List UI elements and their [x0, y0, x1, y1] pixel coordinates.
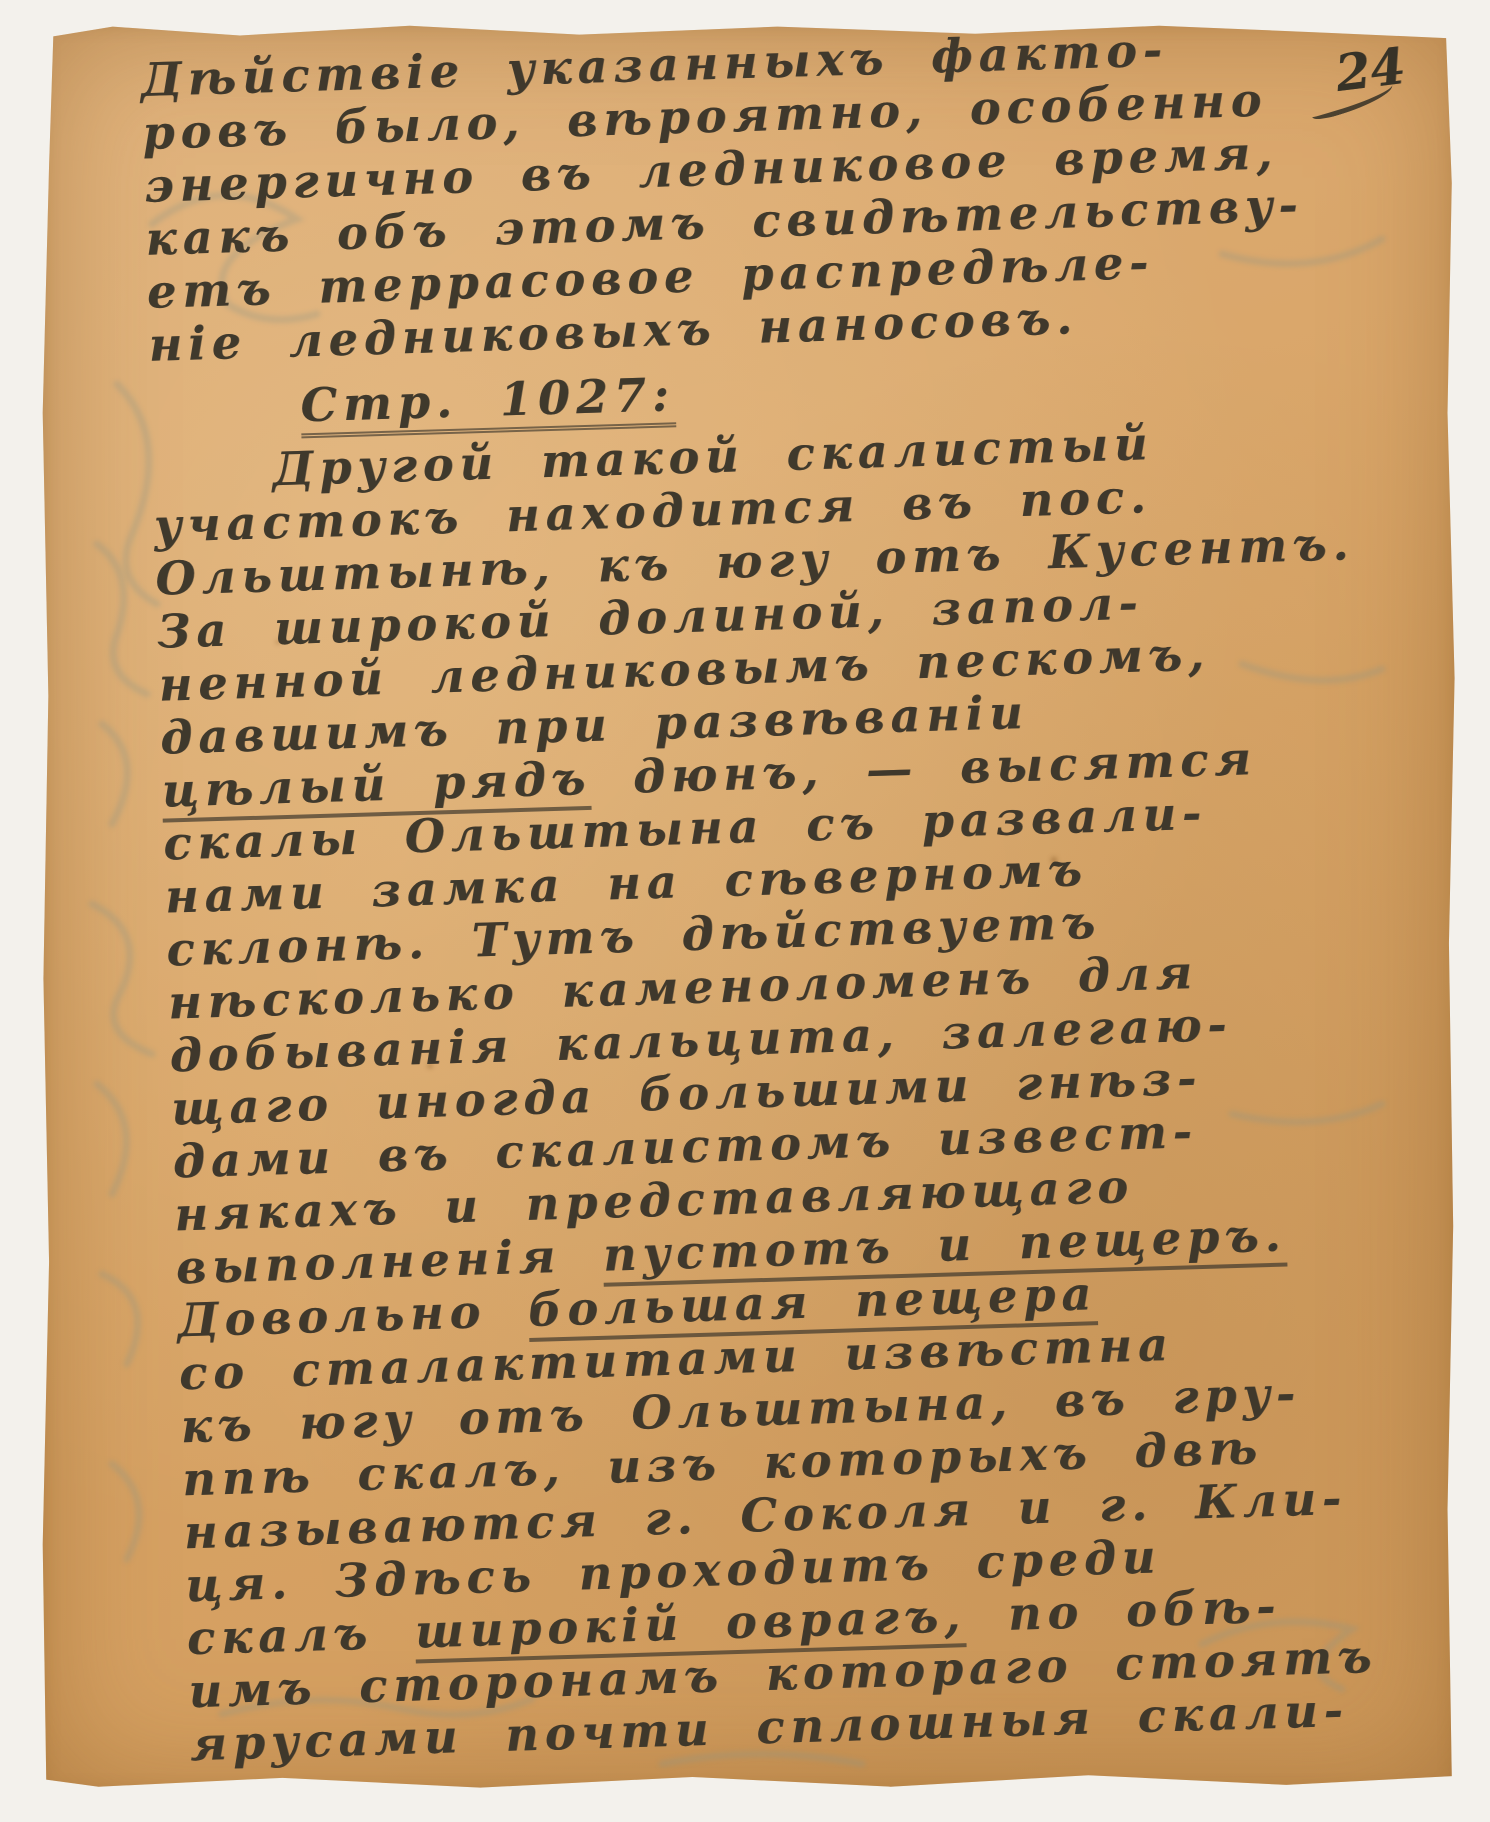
manuscript-text: Дѣйствіе указанныхъ факто-ровъ было, вѣр…: [140, 16, 1460, 1771]
ink-underlined-phrase: Стр. 1027:: [300, 367, 676, 438]
manuscript-page: 24 Дѣйствіе указанныхъ факто-ровъ было, …: [42, 24, 1456, 1792]
scan-background: 24 Дѣйствіе указанныхъ факто-ровъ было, …: [0, 0, 1490, 1822]
